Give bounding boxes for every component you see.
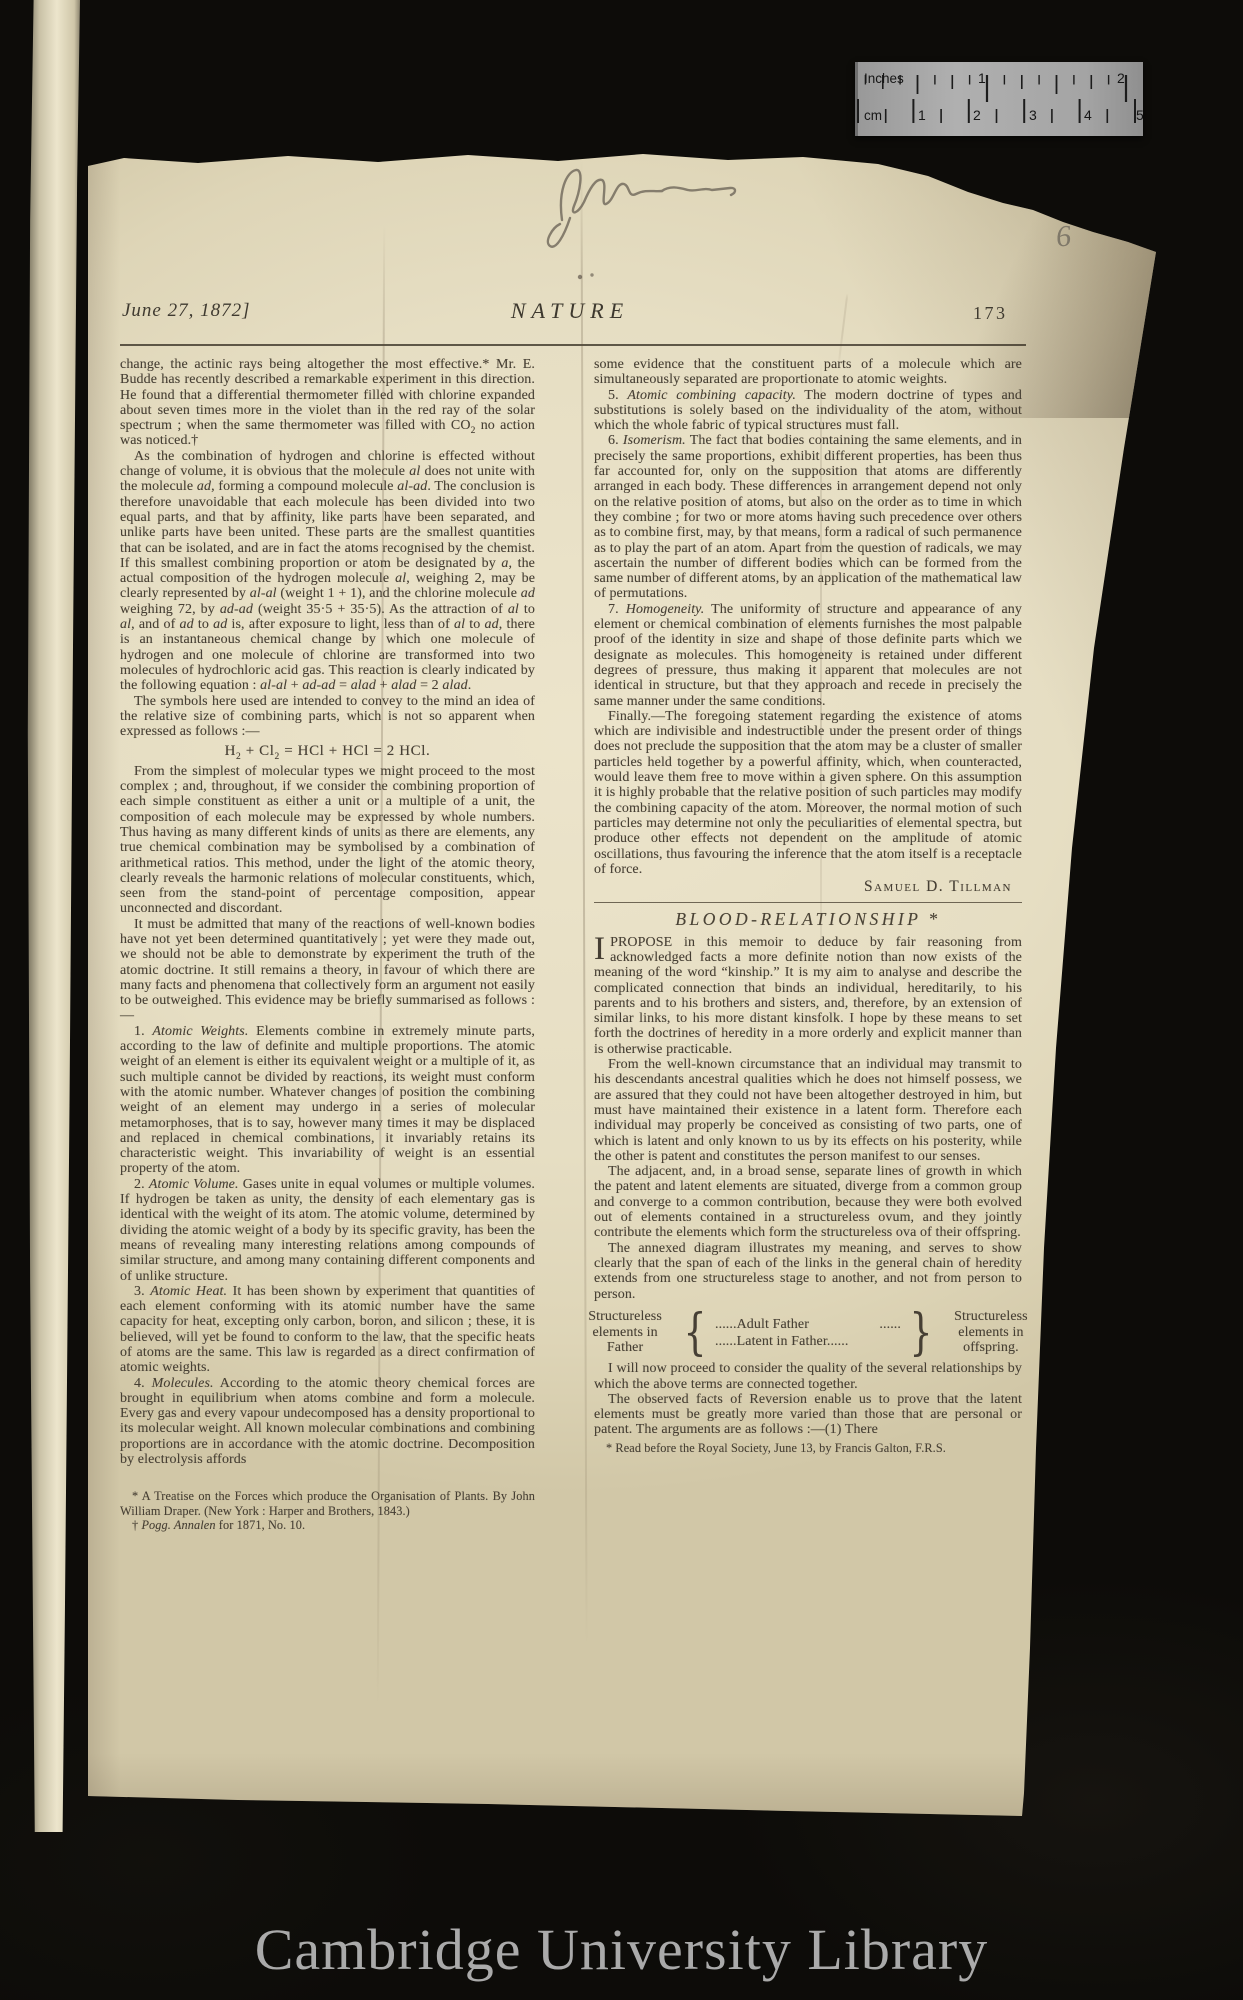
paragraph-finally: Finally.—The foregoing statement regardi… <box>594 709 1022 877</box>
paragraph-propose: IPROPOSE in this memoir to deduce by fai… <box>594 935 1022 1057</box>
paragraph-text: PROPOSE in this memoir to deduce by fair… <box>594 935 1022 1057</box>
paragraph: The observed facts of Reversion enable u… <box>594 1392 1022 1438</box>
diagram-row-adult-text: ......Adult Father <box>715 1316 809 1333</box>
footnotes: * A Treatise on the Forces which produce… <box>120 1489 535 1532</box>
paragraph: I will now proceed to consider the quali… <box>594 1361 1022 1392</box>
paragraph: The symbols here used are intended to co… <box>120 694 535 740</box>
measurement-ruler: Inches 1 2 cm 1 2 3 4 5 <box>855 62 1143 136</box>
header-date: June 27, 1872] <box>122 300 251 322</box>
header-rule <box>120 344 1026 346</box>
paragraph-atomic-weights: 1. Atomic Weights. Elements combine in e… <box>120 1024 535 1177</box>
right-column: some evidence that the constituent parts… <box>594 357 1022 1455</box>
paragraph: The adjacent, and, in a broad sense, sep… <box>594 1164 1022 1240</box>
left-column: change, the actinic rays being altogethe… <box>120 357 535 1533</box>
heredity-diagram: Structureless elements in Father { .....… <box>594 1309 1022 1356</box>
paragraph-homogeneity: 7. Homogeneity. The uniformity of struct… <box>594 602 1022 709</box>
ruler-cm-label: cm <box>864 108 882 123</box>
paragraph: From the well-known circumstance that an… <box>594 1057 1022 1164</box>
diagram-rows: ......Adult Father ...... ......Latent i… <box>715 1316 901 1350</box>
journal-title: NATURE <box>370 298 770 324</box>
paragraph: The annexed diagram illustrates my meani… <box>594 1241 1022 1302</box>
article-divider-rule <box>594 902 1022 903</box>
journal-page: June 27, 1872] NATURE 173 change, the ac… <box>88 148 1156 1820</box>
footnote: † Pogg. Annalen for 1871, No. 10. <box>120 1518 535 1532</box>
ruler-cm-1: 1 <box>918 107 926 123</box>
ruler-cm-4: 4 <box>1084 107 1092 123</box>
close-brace: } <box>909 1325 932 1340</box>
chemical-equation: H2 + Cl2 = HCl + HCl = 2 HCl. <box>120 744 535 759</box>
paragraph: It must be admitted that many of the rea… <box>120 917 535 1024</box>
ruler-inch-2: 2 <box>1117 70 1125 86</box>
ruler-inch-1: 1 <box>978 70 986 86</box>
author-signature: Samuel D. Tillman <box>594 879 1022 894</box>
paragraph-atomic-heat: 3. Atomic Heat. It has been shown by exp… <box>120 1284 535 1376</box>
ruler-cm-5: 5 <box>1136 107 1143 123</box>
diagram-row-adult: ......Adult Father ...... <box>715 1316 901 1333</box>
diagram-right-label: Structureless elements in offspring. <box>941 1309 1041 1356</box>
page-number: 173 <box>973 303 1008 324</box>
open-brace: { <box>684 1325 707 1340</box>
diagram-row-adult-dots: ...... <box>879 1316 901 1333</box>
paragraph-isomerism: 6. Isomerism. The fact that bodies conta… <box>594 433 1022 601</box>
footnotes: * Read before the Royal Society, June 13… <box>594 1441 1022 1455</box>
drop-cap: I <box>594 935 610 962</box>
paragraph-combining-capacity: 5. Atomic combining capacity. The modern… <box>594 388 1022 434</box>
paragraph-molecules: 4. Molecules. According to the atomic th… <box>120 1376 535 1468</box>
paragraph: some evidence that the constituent parts… <box>594 357 1022 388</box>
paragraph: change, the actinic rays being altogethe… <box>120 357 535 449</box>
paper-crease <box>820 360 822 1010</box>
diagram-left-label: Structureless elements in Father <box>575 1309 675 1356</box>
ruler-cm-2: 2 <box>973 107 981 123</box>
footnote-galton: * Read before the Royal Society, June 13… <box>594 1441 1022 1455</box>
pencil-page-number: 6 <box>1055 219 1073 254</box>
ruler-cm-3: 3 <box>1029 107 1037 123</box>
adjacent-page-edge <box>22 0 80 1832</box>
footnote: * A Treatise on the Forces which produce… <box>120 1489 535 1518</box>
library-watermark: Cambridge University Library <box>0 1916 1243 1983</box>
pencil-scribble <box>500 158 750 298</box>
paragraph-atomic-volume: 2. Atomic Volume. Gases unite in equal v… <box>120 1177 535 1284</box>
article-title: BLOOD-RELATIONSHIP * <box>594 912 1022 927</box>
ruler-inches-label: Inches <box>864 71 904 86</box>
diagram-row-latent: ......Latent in Father...... <box>715 1333 901 1350</box>
paragraph: As the combination of hydrogen and chlor… <box>120 449 535 694</box>
paragraph: From the simplest of molecular types we … <box>120 764 535 917</box>
photographed-journal-scan: Inches 1 2 cm 1 2 3 4 5 June 27, 1872] N… <box>0 0 1243 2000</box>
